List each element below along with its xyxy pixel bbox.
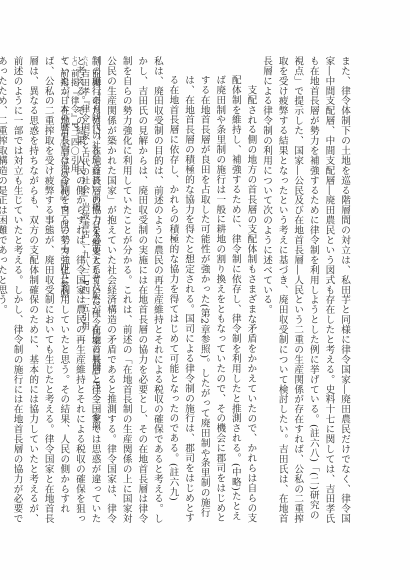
footnotes: 六八前掲「奈良時代の社会と経済」前掲『日本歴史大系普及版2 律令国家の展開』P二…: [58, 56, 100, 526]
document-page: また、律令体制下の土地を巡る階層間の対立は、私田芋と同様に律令国家―廃田農民だけ…: [0, 0, 410, 580]
footnote-number: 六九: [82, 56, 88, 66]
footnote-text: 前掲『日本の歴史④ 天平の時代』P一四三〜P一四五参照: [59, 69, 69, 298]
block-quote: 支配される側の地方の首長層の支配体制もさまざまな矛盾をかかえていたので、かれらは…: [165, 56, 259, 526]
body-text: また、律令体制下の土地を巡る階層間の対立は、私田芋と同様に律令国家―廃田農民だけ…: [0, 56, 352, 526]
footnote-number: 六八: [92, 56, 98, 66]
footnote-text: 前掲「奈良時代の社会と経済」前掲『日本歴史大系普及版2 律令国家の展開』P二三一…: [90, 69, 100, 431]
footnote-text: 前掲『律令』P二四〇引用: [69, 69, 79, 173]
footnote-69: 六九吉田孝『律令国家と古代の社会』岩波書店 一九八三 P四一五引用: [79, 56, 90, 526]
footnote-number: 七〇: [71, 56, 77, 66]
footnote-number: 七一: [61, 56, 67, 66]
paragraph-intro: また、律令体制下の土地を巡る階層間の対立は、私田芋と同様に律令国家―廃田農民だけ…: [258, 56, 352, 526]
footnote-71: 七一前掲『日本の歴史④ 天平の時代』P一四三〜P一四五参照: [58, 56, 69, 526]
quote-text: 支配される側の地方の首長層の支配体制もさまざまな矛盾をかかえていたので、かれらは…: [165, 75, 259, 526]
footnote-text: 吉田孝『律令国家と古代の社会』岩波書店 一九八三 P四一五引用: [80, 69, 90, 330]
footnote-70: 七〇前掲『律令』P二四〇引用: [69, 56, 80, 526]
footnote-68: 六八前掲「奈良時代の社会と経済」前掲『日本歴史大系普及版2 律令国家の展開』P二…: [90, 56, 101, 526]
